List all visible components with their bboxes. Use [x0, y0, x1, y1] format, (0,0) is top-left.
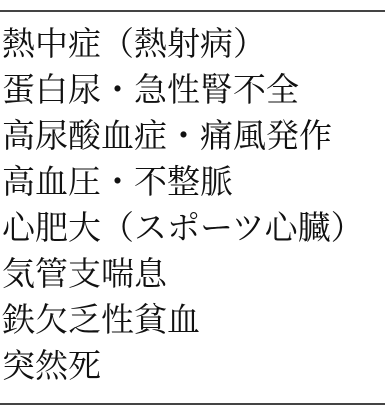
- list-item-proteinuria: 蛋白尿・急性腎不全: [2, 68, 385, 114]
- condition-table: 熱中症（熱射病） 蛋白尿・急性腎不全 高尿酸血症・痛風発作 高血圧・不整脈 心肥…: [0, 10, 385, 405]
- condition-list: 熱中症（熱射病） 蛋白尿・急性腎不全 高尿酸血症・痛風発作 高血圧・不整脈 心肥…: [2, 22, 385, 390]
- list-item-asthma: 気管支喘息: [2, 252, 385, 298]
- list-item-heatstroke: 熱中症（熱射病）: [2, 22, 385, 68]
- list-item-hypertension: 高血圧・不整脈: [2, 160, 385, 206]
- list-item-sudden-death: 突然死: [2, 344, 385, 390]
- list-item-cardiomegaly: 心肥大（スポーツ心臓）: [2, 206, 385, 252]
- list-item-anemia: 鉄欠乏性貧血: [2, 298, 385, 344]
- list-item-hyperuricemia: 高尿酸血症・痛風発作: [2, 114, 385, 160]
